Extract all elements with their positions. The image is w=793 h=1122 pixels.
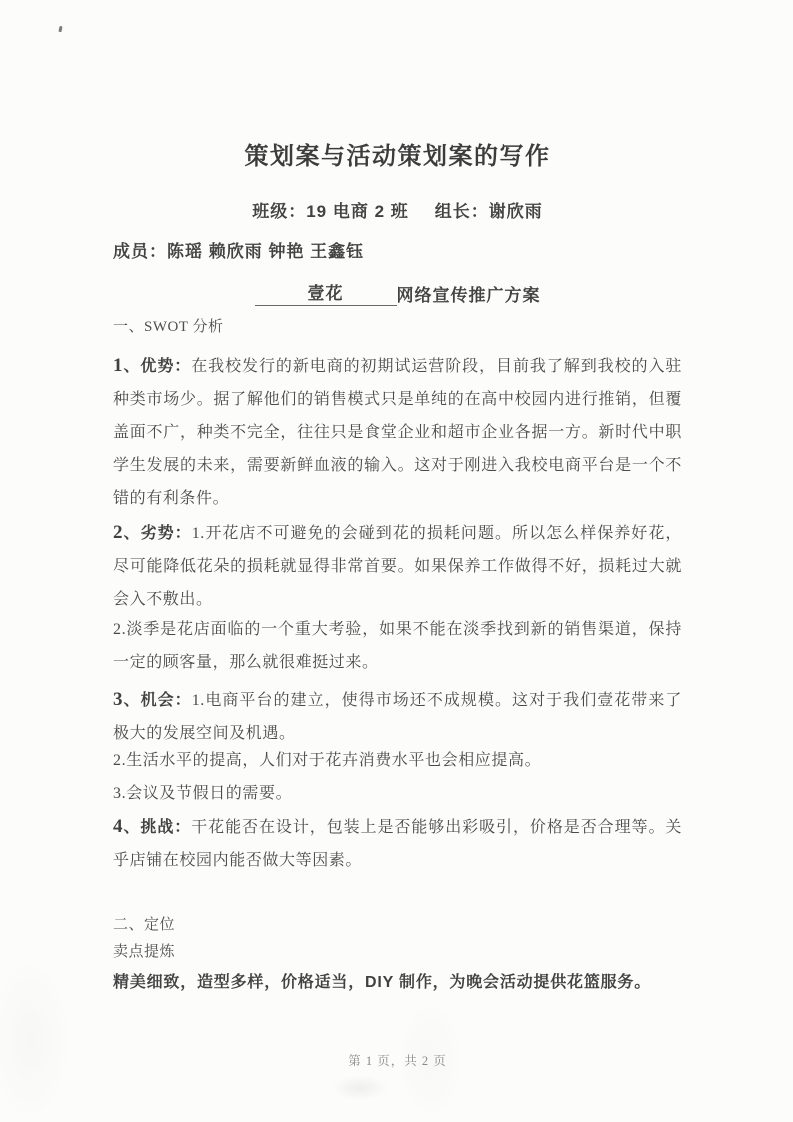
swot-section-heading: 一、SWOT 分析 <box>113 315 682 336</box>
item-label: 、机会： <box>123 692 192 709</box>
swot-challenges-paragraph: 4、挑战：干花能否在设计，包装上是否能够出彩吸引，价格是否合理等。关乎店铺在校园… <box>113 810 682 877</box>
item-label: 、劣势： <box>123 525 192 542</box>
selling-point-subheading: 卖点提炼 <box>113 940 682 961</box>
item-label: 、优势： <box>123 358 191 375</box>
selling-point-text: 精美细致，造型多样，价格适当，DIY 制作，为晚会活动提供花篮服务。 <box>113 969 682 992</box>
class-and-leader-line: 班级：19 电商 2 班组长：谢欣雨 <box>113 197 682 222</box>
swot-opportunities-subparagraph-3: 3.会议及节假日的需要。 <box>113 777 682 810</box>
item-number: 3 <box>113 689 123 710</box>
brand-name-blank: 壹花 <box>255 279 397 306</box>
item-number: 2 <box>113 522 123 543</box>
members-line: 成员：陈瑶 赖欣雨 钟艳 王鑫钰 <box>113 237 682 262</box>
item-text: 1.开花店不可避免的会碰到花的损耗问题。所以怎么样保养好花，尽可能降低花朵的损耗… <box>113 525 682 608</box>
scan-artifact-dot <box>58 26 62 32</box>
swot-weaknesses-paragraph: 2、劣势：1.开花店不可避免的会碰到花的损耗问题。所以怎么样保养好花，尽可能降低… <box>113 516 682 616</box>
item-number: 4 <box>113 816 123 837</box>
positioning-section-heading: 二、定位 <box>113 913 682 934</box>
class-field: 班级：19 电商 2 班 <box>252 202 409 221</box>
swot-weaknesses-subparagraph: 2.淡季是花店面临的一个重大考验，如果不能在淡季找到新的销售渠道，保持一定的顾客… <box>113 613 682 679</box>
swot-opportunities-paragraph: 3、机会：1.电商平台的建立，使得市场还不成规模。这对于我们壹花带来了极大的发展… <box>113 683 682 750</box>
item-number: 1 <box>113 355 123 376</box>
swot-strengths-paragraph: 1、优势：在我校发行的新电商的初期试运营阶段，目前我了解到我校的入驻种类市场少。… <box>113 349 682 515</box>
page-number-footer: 第 1 页，共 2 页 <box>113 1051 682 1069</box>
document-title: 策划案与活动策划案的写作 <box>113 136 682 171</box>
item-text: 干花能否在设计，包装上是否能够出彩吸引，价格是否合理等。关乎店铺在校园内能否做大… <box>113 819 682 869</box>
item-label: 、挑战： <box>123 819 191 836</box>
swot-opportunities-subparagraph-2: 2.生活水平的提高，人们对于花卉消费水平也会相应提高。 <box>113 744 682 777</box>
group-leader-field: 组长：谢欣雨 <box>435 202 543 221</box>
document-page: 策划案与活动策划案的写作 班级：19 电商 2 班组长：谢欣雨 成员：陈瑶 赖欣… <box>0 0 793 1122</box>
plan-subtitle-text: 网络宣传推广方案 <box>397 281 541 306</box>
item-text: 1.电商平台的建立，使得市场还不成规模。这对于我们壹花带来了极大的发展空间及机遇… <box>113 692 682 742</box>
item-text: 在我校发行的新电商的初期试运营阶段，目前我了解到我校的入驻种类市场少。据了解他们… <box>113 358 682 507</box>
plan-subtitle-line: 壹花网络宣传推广方案 <box>113 279 682 306</box>
